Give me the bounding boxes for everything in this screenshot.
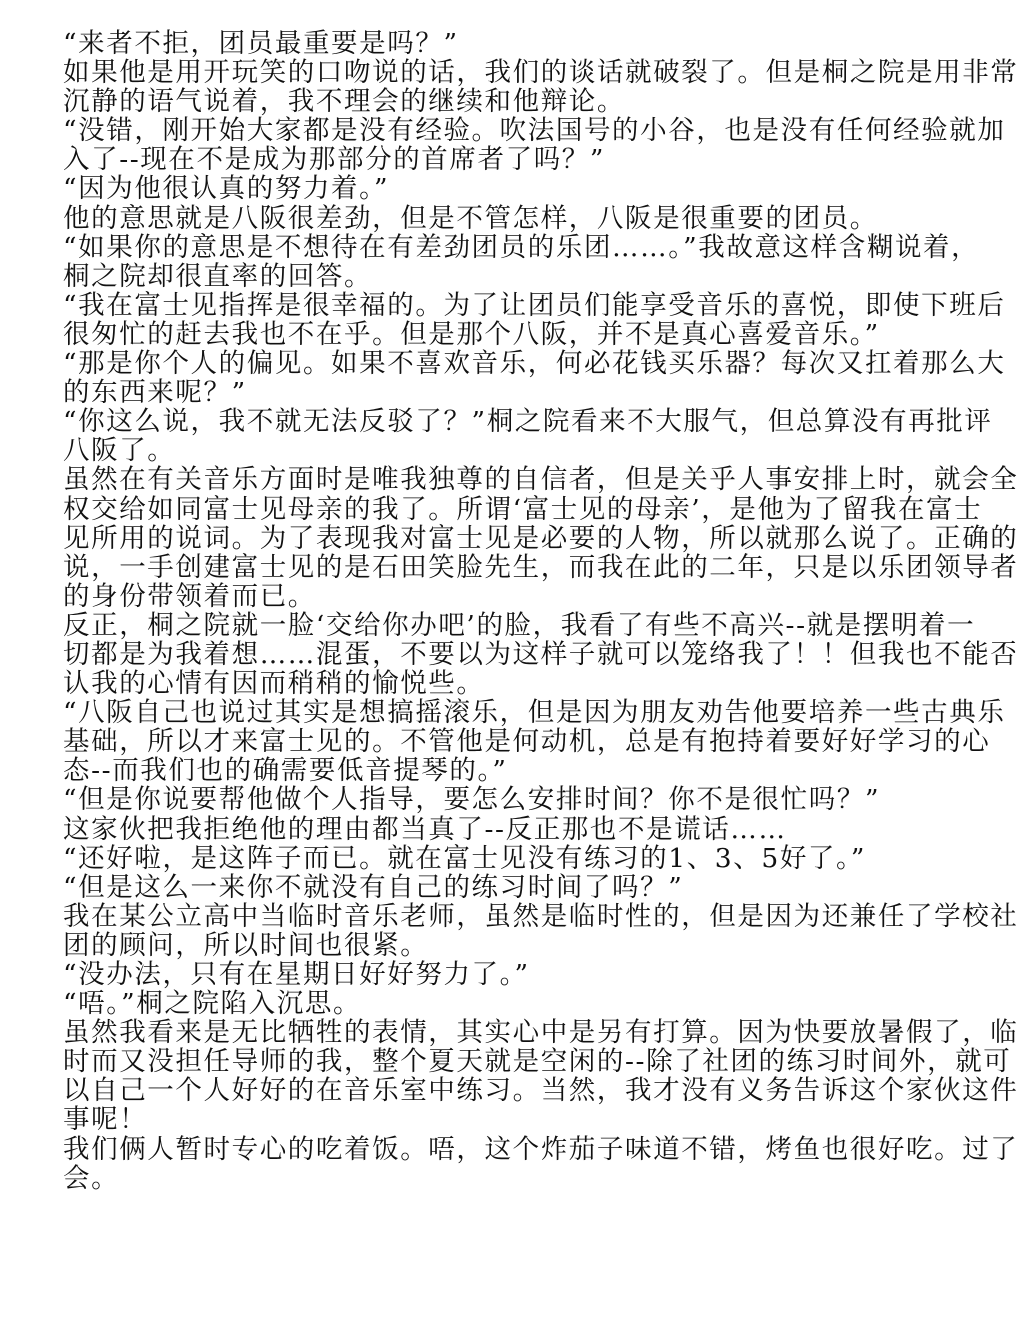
text-line: 虽然我看来是无比牺牲的表情，其实心中是另有打算。因为快要放暑假了，临 [63,1018,963,1047]
text-line: 说，一手创建富士见的是石田笑脸先生，而我在此的二年，只是以乐团领导者 [63,553,963,582]
text-line: 他的意思就是八阪很差劲，但是不管怎样，八阪是很重要的团员。 [63,204,963,233]
text-line: “还好啦，是这阵子而已。就在富士见没有练习的1、3、5好了。” [63,844,963,873]
text-line: 虽然在有关音乐方面时是唯我独尊的自信者，但是关乎人事安排上时，就会全 [63,465,963,494]
text-line: 的东西来呢？” [63,378,963,407]
text-line: 基础，所以才来富士见的。不管他是何动机，总是有抱持着要好好学习的心 [63,727,963,756]
text-line: “如果你的意思是不想待在有差劲团员的乐团……。”我故意这样含糊说着， [63,233,963,262]
text-line: 时而又没担任导师的我，整个夏天就是空闲的--除了社团的练习时间外，就可 [63,1047,963,1076]
text-line: 八阪了。 [63,436,963,465]
text-line: “没办法，只有在星期日好好努力了。” [63,960,963,989]
text-line: “我在富士见指挥是很幸福的。为了让团员们能享受音乐的喜悦，即使下班后 [63,291,963,320]
text-line: “那是你个人的偏见。如果不喜欢音乐，何必花钱买乐器？每次又扛着那么大 [63,349,963,378]
text-line: “因为他很认真的努力着。” [63,174,963,203]
text-line: 反正，桐之院就一脸‘交给你办吧’的脸，我看了有些不高兴--就是摆明着一 [63,611,963,640]
text-line: 切都是为我着想……混蛋，不要以为这样子就可以笼络我了！！但我也不能否 [63,640,963,669]
text-line: 这家伙把我拒绝他的理由都当真了--反正那也不是谎话…… [63,815,963,844]
text-line: 会。 [63,1164,963,1193]
text-line: 我们俩人暂时专心的吃着饭。唔，这个炸茄子味道不错，烤鱼也很好吃。过了 [63,1135,963,1164]
text-line: “但是这么一来你不就没有自己的练习时间了吗？” [63,873,963,902]
text-line: “没错，刚开始大家都是没有经验。吹法国号的小谷，也是没有任何经验就加 [63,116,963,145]
text-line: 事呢！ [63,1105,963,1134]
text-line: 的身份带领着而已。 [63,582,963,611]
document-page: “来者不拒，团员最重要是吗？” 如果他是用开玩笑的口吻说的话，我们的谈话就破裂了… [63,29,963,1193]
text-line: 如果他是用开玩笑的口吻说的话，我们的谈话就破裂了。但是桐之院是用非常 [63,58,963,87]
text-line: “你这么说，我不就无法反驳了？”桐之院看来不大服气，但总算没有再批评 [63,407,963,436]
text-line: 以自己一个人好好的在音乐室中练习。当然，我才没有义务告诉这个家伙这件 [63,1076,963,1105]
text-line: “但是你说要帮他做个人指导，要怎么安排时间？你不是很忙吗？” [63,785,963,814]
text-line: 团的顾问，所以时间也很紧。 [63,931,963,960]
text-line: 认我的心情有因而稍稍的愉悦些。 [63,669,963,698]
text-line: “唔。”桐之院陷入沉思。 [63,989,963,1018]
text-line: 我在某公立高中当临时音乐老师，虽然是临时性的，但是因为还兼任了学校社 [63,902,963,931]
text-line: 权交给如同富士见母亲的我了。所谓‘富士见的母亲’，是他为了留我在富士 [63,495,963,524]
text-line: 见所用的说词。为了表现我对富士见是必要的人物，所以就那么说了。正确的 [63,524,963,553]
text-line: 很匆忙的赶去我也不在乎。但是那个八阪，并不是真心喜爱音乐。” [63,320,963,349]
text-line: 态--而我们也的确需要低音提琴的。” [63,756,963,785]
text-line: 桐之院却很直率的回答。 [63,262,963,291]
text-line: 入了--现在不是成为那部分的首席者了吗？” [63,145,963,174]
text-line: “八阪自己也说过其实是想搞摇滚乐，但是因为朋友劝告他要培养一些古典乐 [63,698,963,727]
text-line: “来者不拒，团员最重要是吗？” [63,29,963,58]
text-line: 沉静的语气说着，我不理会的继续和他辩论。 [63,87,963,116]
